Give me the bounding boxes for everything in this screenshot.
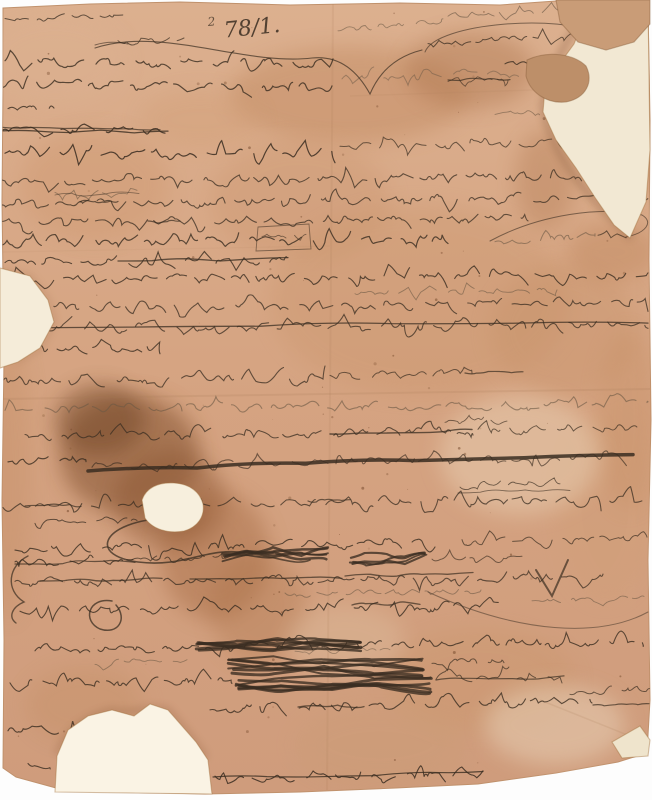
speckle xyxy=(483,11,485,13)
speckle xyxy=(224,82,227,85)
speckle xyxy=(267,716,269,718)
speckle xyxy=(248,146,251,149)
speckle xyxy=(458,112,459,113)
speckle xyxy=(619,675,621,677)
speckle xyxy=(63,582,64,583)
speckle xyxy=(273,524,275,526)
speckle xyxy=(458,447,461,450)
speckle xyxy=(428,387,430,389)
speckle xyxy=(477,102,478,103)
speckle xyxy=(472,75,474,77)
speckle xyxy=(441,252,443,254)
speckle xyxy=(331,416,333,418)
speckle xyxy=(199,323,200,324)
page-number-prefix: 2 xyxy=(206,14,216,29)
speckle xyxy=(477,762,479,764)
speckle xyxy=(67,510,69,512)
speckle xyxy=(368,547,370,549)
speckle xyxy=(361,487,364,490)
speckle xyxy=(300,216,302,218)
stain xyxy=(140,90,260,150)
speckle xyxy=(393,12,395,14)
speckle xyxy=(246,730,249,733)
speckle xyxy=(490,512,491,513)
speckle xyxy=(368,427,369,428)
speckle xyxy=(272,706,274,708)
speckle xyxy=(88,190,90,192)
speckle xyxy=(339,534,340,535)
speckle xyxy=(93,638,94,639)
speckle xyxy=(606,240,608,242)
speckle xyxy=(39,137,41,139)
speckle xyxy=(179,56,181,58)
speckle xyxy=(394,759,396,761)
speckle xyxy=(453,651,456,654)
speckle xyxy=(145,664,146,665)
manuscript-page: 2 78/1. xyxy=(0,0,652,800)
speckle xyxy=(272,419,273,420)
speckle xyxy=(272,658,275,661)
speckle xyxy=(453,45,456,48)
speckle xyxy=(18,736,19,737)
paper-loss-center xyxy=(142,483,203,532)
speckle xyxy=(284,84,285,85)
speckle xyxy=(48,53,50,55)
speckle xyxy=(303,280,304,281)
speckle xyxy=(273,594,275,596)
speckle xyxy=(392,355,394,357)
speckle xyxy=(547,423,548,424)
speckle xyxy=(63,730,65,732)
speckle xyxy=(70,429,72,431)
stain xyxy=(295,707,465,783)
speckle xyxy=(595,772,597,774)
speckle xyxy=(197,82,200,85)
speckle xyxy=(209,488,210,489)
speckle xyxy=(322,387,323,388)
speckle xyxy=(269,268,271,270)
stain xyxy=(20,130,170,240)
speckle xyxy=(407,489,408,490)
speckle xyxy=(251,597,252,598)
speckle xyxy=(47,72,50,75)
speckle xyxy=(203,405,204,406)
speckle xyxy=(530,577,533,580)
speckle xyxy=(9,108,10,109)
speckle xyxy=(96,295,97,296)
manuscript-scan: 2 78/1. xyxy=(0,0,652,800)
speckle xyxy=(376,105,378,107)
speckle xyxy=(323,413,324,414)
speckle xyxy=(192,256,195,259)
speckle xyxy=(95,490,96,491)
speckle xyxy=(404,134,405,135)
speckle xyxy=(510,554,512,556)
speckle xyxy=(478,275,480,277)
speckle xyxy=(342,154,344,156)
speckle xyxy=(374,362,377,365)
speckle xyxy=(386,473,388,475)
speckle xyxy=(463,251,464,252)
speckle xyxy=(42,414,45,417)
speckle xyxy=(288,497,291,500)
stain xyxy=(55,385,145,455)
speckle xyxy=(70,448,72,450)
speckle xyxy=(435,298,438,301)
speckle xyxy=(278,591,280,593)
